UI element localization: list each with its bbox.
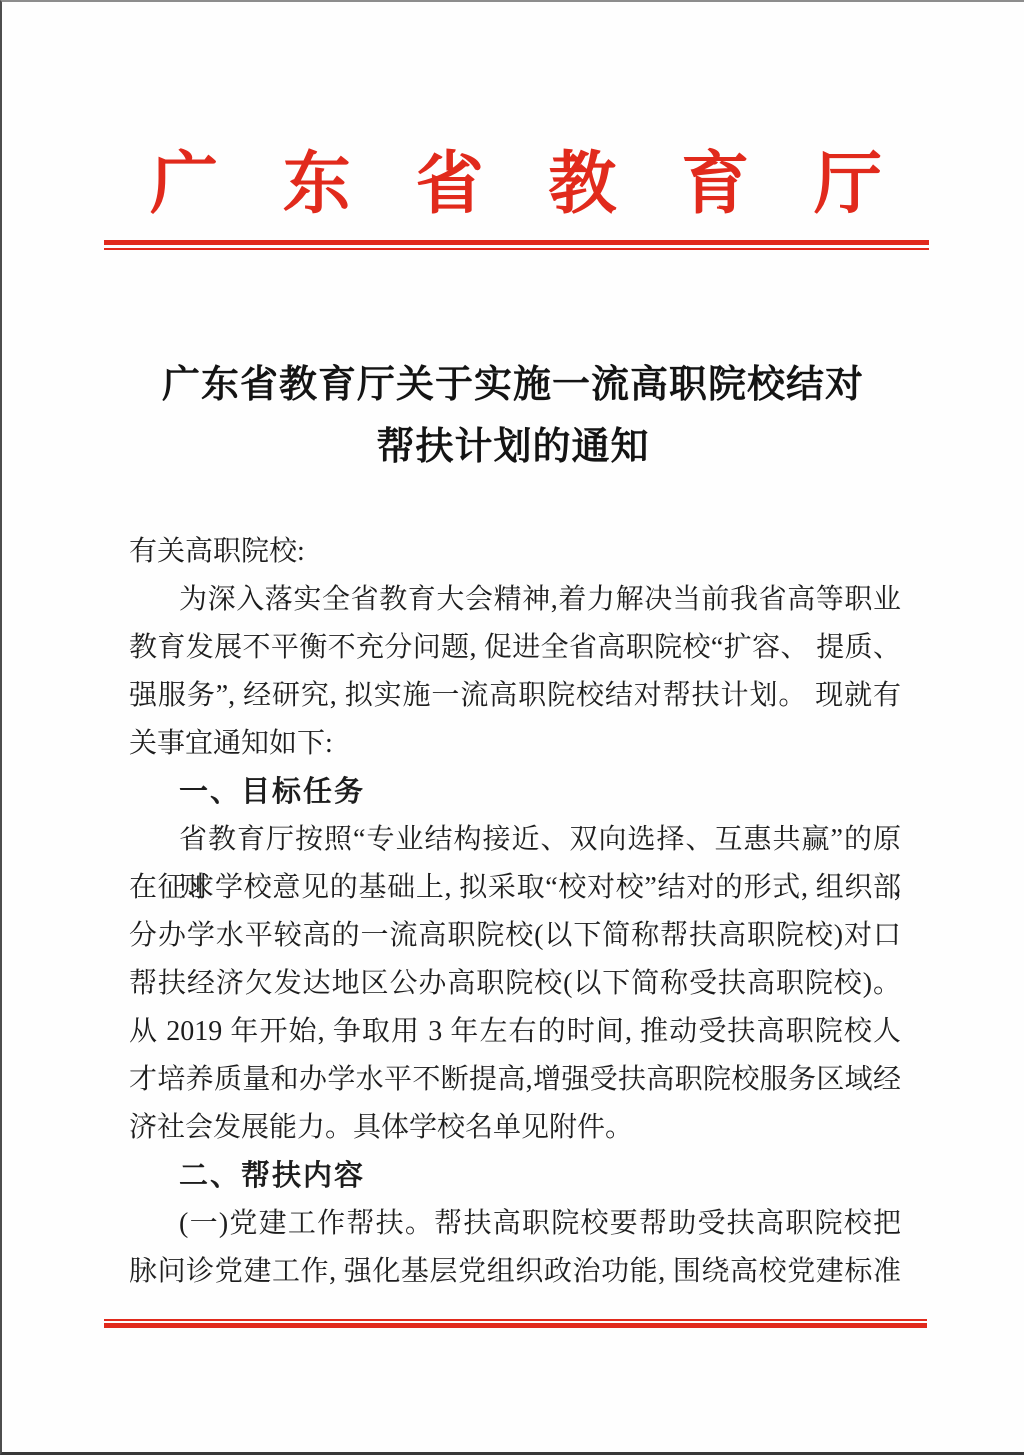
section-heading-1: 一、目标任务 — [129, 768, 901, 816]
document-title-line2: 帮扶计划的通知 — [2, 416, 1024, 478]
document-title: 广东省教育厅关于实施一流高职院校结对 帮扶计划的通知 — [2, 354, 1024, 478]
paragraph-line: (一)党建工作帮扶。帮扶高职院校要帮助受扶高职院校把 — [129, 1200, 901, 1248]
paragraph-line: 省教育厅按照“专业结构接近、双向选择、互惠共赢”的原则, — [129, 816, 901, 864]
paragraph-line: 从 2019 年开始, 争取用 3 年左右的时间, 推动受扶高职院校人 — [129, 1008, 901, 1056]
paragraph-line: 济社会发展能力。具体学校名单见附件。 — [129, 1104, 901, 1152]
paragraph-line: 关事宜通知如下: — [129, 720, 901, 768]
scanned-document-page: 广东省教育厅 广东省教育厅关于实施一流高职院校结对 帮扶计划的通知 有关高职院校… — [0, 0, 1024, 1455]
paragraph-line: 脉问诊党建工作, 强化基层党组织政治功能, 围绕高校党建标准 — [129, 1248, 901, 1296]
footer-rule-thin — [104, 1319, 927, 1321]
salutation-line: 有关高职院校: — [129, 528, 901, 576]
section-heading-2: 二、帮扶内容 — [129, 1152, 901, 1200]
paragraph-line: 才培养质量和办学水平不断提高,增强受扶高职院校服务区域经 — [129, 1056, 901, 1104]
document-title-line1: 广东省教育厅关于实施一流高职院校结对 — [2, 354, 1024, 416]
paragraph-line: 在征求学校意见的基础上, 拟采取“校对校”结对的形式, 组织部 — [129, 864, 901, 912]
paragraph-line: 教育发展不平衡不充分问题, 促进全省高职院校“扩容、 提质、 — [129, 624, 901, 672]
paragraph-line: 强服务”, 经研究, 拟实施一流高职院校结对帮扶计划。 现就有 — [129, 672, 901, 720]
letterhead-rule-thick — [104, 240, 929, 245]
footer-rule-thick — [104, 1323, 927, 1328]
letterhead-agency-name: 广东省教育厅 — [150, 148, 882, 220]
paragraph-line: 为深入落实全省教育大会精神,着力解决当前我省高等职业 — [129, 576, 901, 624]
document-body: 有关高职院校: 为深入落实全省教育大会精神,着力解决当前我省高等职业 教育发展不… — [129, 528, 901, 1296]
paragraph-line: 分办学水平较高的一流高职院校(以下简称帮扶高职院校)对口 — [129, 912, 901, 960]
paragraph-line: 帮扶经济欠发达地区公办高职院校(以下简称受扶高职院校)。 — [129, 960, 901, 1008]
letterhead-rule-thin — [104, 248, 929, 250]
